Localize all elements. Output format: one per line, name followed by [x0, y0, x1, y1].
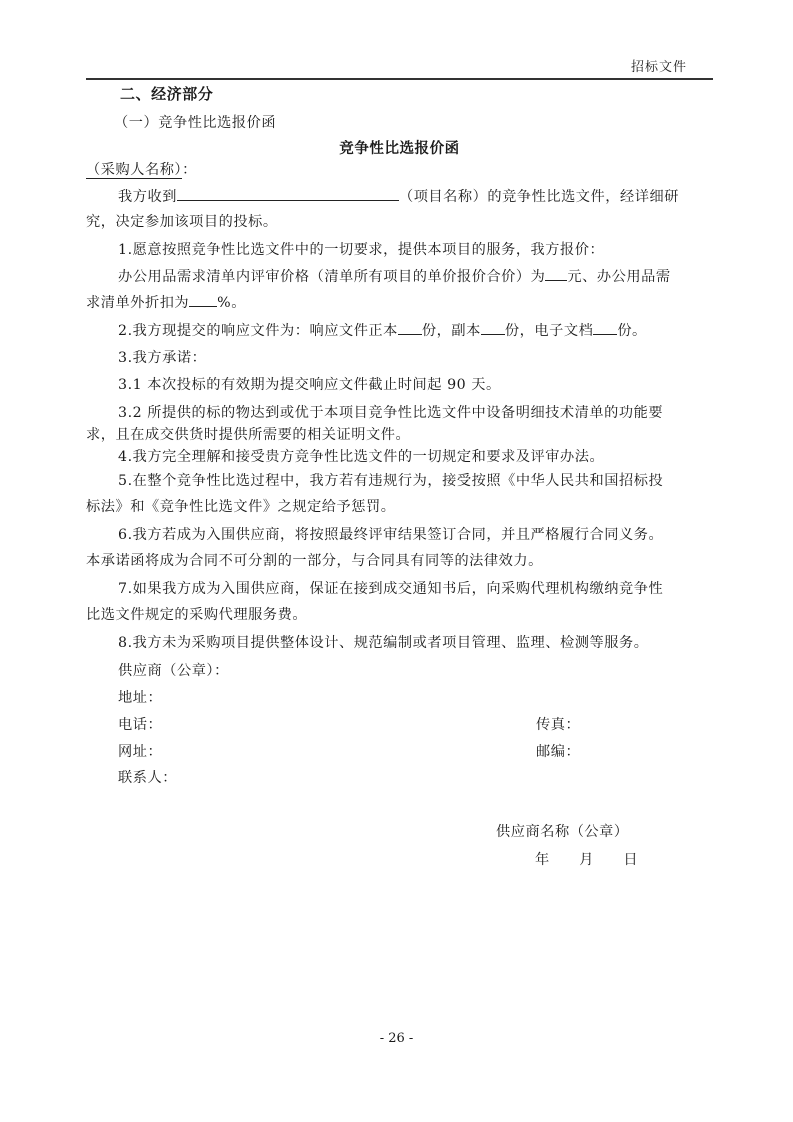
price-amount-blank	[545, 266, 567, 281]
original-copies-blank	[398, 320, 422, 335]
discount-suffix: %。	[217, 295, 246, 311]
item-7-line-2: 比选文件规定的采购代理服务费。	[86, 605, 713, 625]
postcode-label: 邮编：	[536, 742, 580, 762]
item-3: 3.我方承诺：	[86, 348, 713, 368]
signature-date: 年 月 日	[86, 850, 793, 870]
addressee-line: （采购人名称）：	[86, 160, 713, 180]
item-2-prefix: 2.我方现提交的响应文件为：响应文件正本	[118, 323, 398, 339]
signature-supplier-name: 供应商名称（公章）	[86, 822, 793, 842]
item-5-line-2: 标法》和《竞争性比选文件》之规定给予惩罚。	[86, 497, 713, 517]
price-line-1: 办公用品需求清单内评审价格（清单所有项目的单价报价合价）为元、办公用品需	[86, 266, 713, 287]
price-line-2: 求清单外折扣为%。	[86, 292, 713, 313]
item-1: 1.愿意按照竞争性比选文件中的一切要求，提供本项目的服务，我方报价：	[86, 240, 713, 260]
section-subtitle: （一）竞争性比选报价函	[86, 113, 741, 133]
electronic-copies-blank	[593, 320, 617, 335]
item-3-2-line-1: 3.2 所提供的标的物达到或优于本项目竞争性比选文件中设备明细技术清单的功能要	[86, 403, 713, 423]
intro-line-1: 我方收到（项目名称）的竞争性比选文件，经详细研	[86, 186, 713, 207]
address-label: 地址：	[86, 688, 713, 708]
price-mid: 元、办公用品需	[567, 269, 670, 285]
intro-line-2: 究，决定参加该项目的投标。	[86, 212, 713, 232]
item-2-part2: 份，副本	[422, 323, 481, 339]
item-2-suffix: 份。	[617, 323, 646, 339]
intro-prefix: 我方收到	[118, 189, 177, 205]
duplicate-copies-blank	[481, 320, 505, 335]
fax-label: 传真：	[536, 715, 580, 735]
intro-suffix: （项目名称）的竞争性比选文件，经详细研	[399, 189, 679, 205]
discount-prefix: 求清单外折扣为	[86, 295, 189, 311]
supplier-seal-label: 供应商（公章）：	[86, 661, 713, 681]
document-header-label: 招标文件	[631, 56, 687, 75]
item-5-line-1: 5.在整个竞争性比选过程中，我方若有违规行为，接受按照《中华人民共和国招标投	[86, 471, 713, 491]
page-number: - 26 -	[0, 1031, 793, 1046]
phone-label: 电话：	[118, 717, 162, 733]
contact-label: 联系人：	[86, 768, 713, 788]
item-8: 8.我方未为采购项目提供整体设计、规范编制或者项目管理、监理、检测等服务。	[86, 633, 713, 653]
phone-fax-row: 电话： 传真：	[86, 715, 713, 735]
item-2-part3: 份，电子文档	[505, 323, 593, 339]
item-6-line-2: 本承诺函将成为合同不可分割的一部分，与合同具有同等的法律效力。	[86, 551, 713, 571]
item-6-line-1: 6.我方若成为入围供应商，将按照最终评审结果签订合同，并且严格履行合同义务。	[86, 525, 713, 545]
item-2: 2.我方现提交的响应文件为：响应文件正本份，副本份，电子文档份。	[86, 320, 713, 341]
website-postcode-row: 网址： 邮编：	[86, 742, 713, 762]
header-divider	[86, 78, 713, 80]
addressee-name-field: （采购人名称）	[86, 162, 182, 179]
item-3-2-line-2: 求，且在成交供货时提供所需要的相关证明文件。	[86, 425, 713, 445]
section-title: 二、经济部分	[86, 84, 747, 104]
price-prefix: 办公用品需求清单内评审价格（清单所有项目的单价报价合价）为	[118, 269, 545, 285]
project-name-blank	[177, 186, 399, 201]
item-3-1: 3.1 本次投标的有效期为提交响应文件截止时间起 90 天。	[86, 375, 713, 395]
website-label: 网址：	[118, 744, 162, 760]
addressee-colon: ：	[182, 162, 197, 178]
discount-blank	[189, 292, 217, 307]
letter-title: 竞争性比选报价函	[86, 139, 713, 159]
item-4: 4.我方完全理解和接受贵方竞争性比选文件的一切规定和要求及评审办法。	[86, 447, 713, 467]
item-7-line-1: 7.如果我方成为入围供应商，保证在接到成交通知书后，向采购代理机构缴纳竞争性	[86, 579, 713, 599]
